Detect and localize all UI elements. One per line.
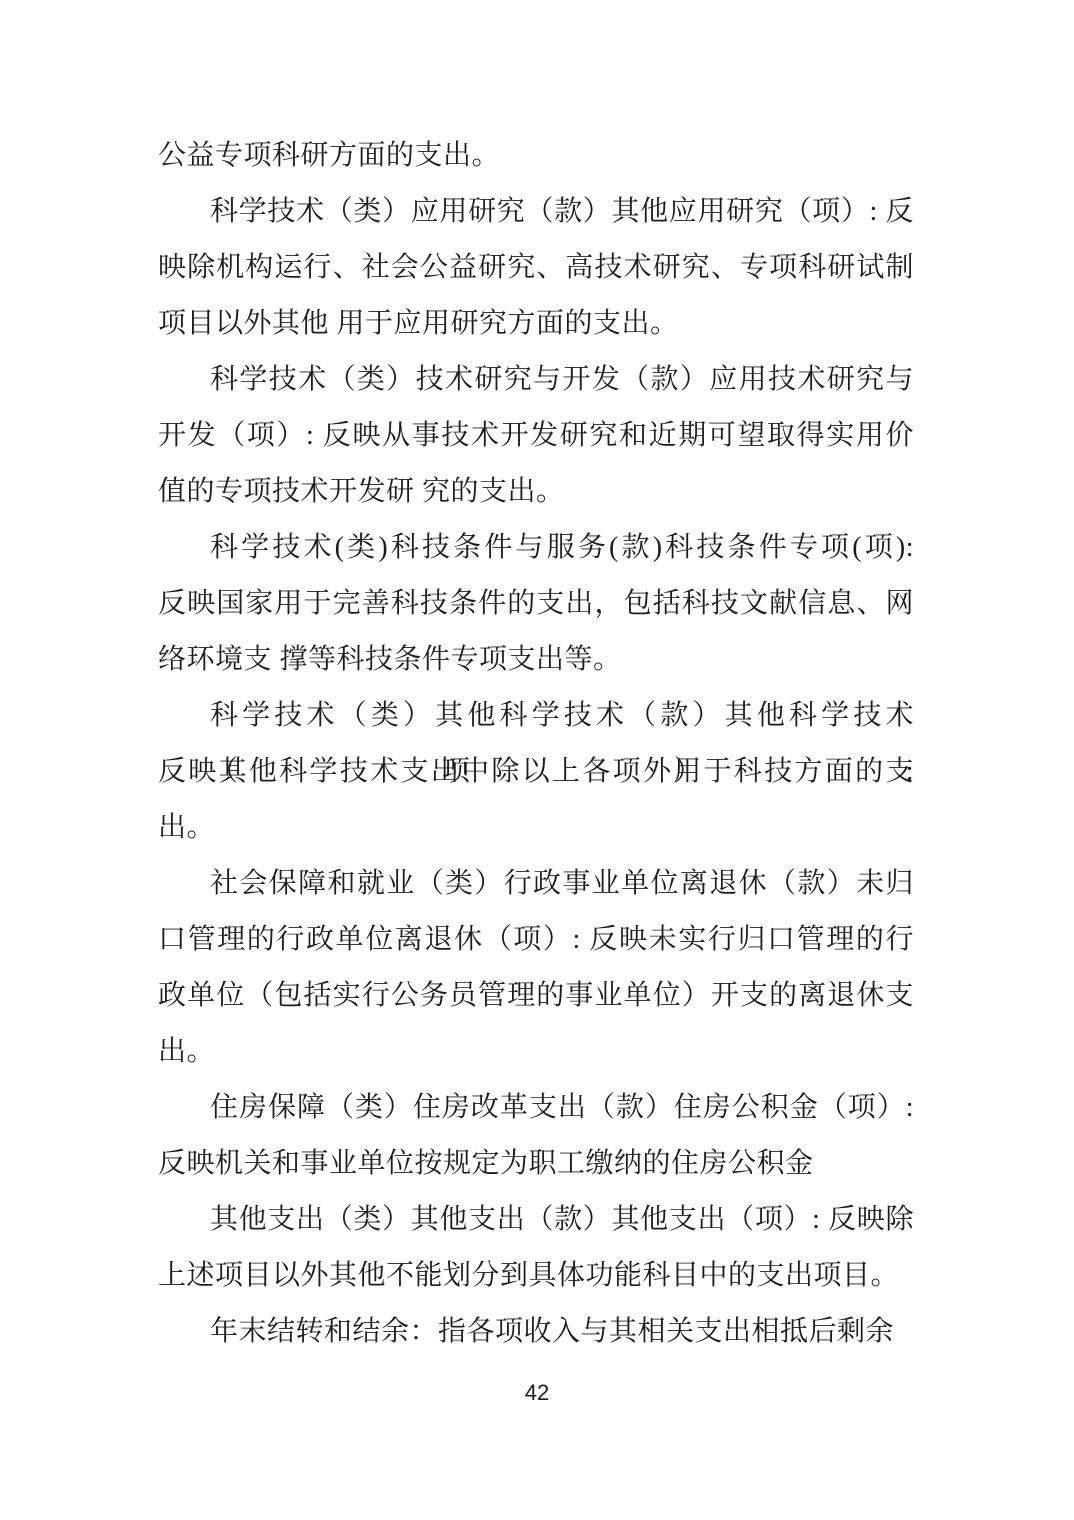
document-page: 公益专项科研方面的支出。科学技术（类）应用研究（款）其他应用研究（项）: 反映除… [0, 0, 1074, 1520]
page-body: 公益专项科研方面的支出。科学技术（类）应用研究（款）其他应用研究（项）: 反映除… [158, 128, 914, 1360]
text-line: 科学技术（类）应用研究（款）其他应用研究（项）: 反 [158, 184, 914, 240]
paragraph: 科学技术（类）技术研究与开发（款）应用技术研究与开发（项）: 反映从事技术开发研… [158, 352, 914, 520]
paragraph: 年末结转和结余：指各项收入与其相关支出相抵后剩余 [158, 1304, 914, 1360]
text-line: 其他支出（类）其他支出（款）其他支出（项）: 反映除 [158, 1192, 914, 1248]
text-line: 项目以外其他 用于应用研究方面的支出。 [158, 296, 914, 352]
text-line: 络环境支 撑等科技条件专项支出等。 [158, 632, 914, 688]
text-line: 反映其他科学技术支出中除以上各项外用于科技方面的支 [158, 744, 914, 800]
paragraph: 其他支出（类）其他支出（款）其他支出（项）: 反映除上述项目以外其他不能划分到具… [158, 1192, 914, 1304]
page-number: 42 [0, 1378, 1074, 1408]
text-line: 出。 [158, 1024, 914, 1080]
text-line: 口管理的行政单位离退休（项）: 反映未实行归口管理的行 [158, 912, 914, 968]
text-line: 反映机关和事业单位按规定为职工缴纳的住房公积金 [158, 1136, 914, 1192]
paragraph: 公益专项科研方面的支出。 [158, 128, 914, 184]
paragraph: 科学技术（类）其他科学技术（款）其他科学技术（项）:反映其他科学技术支出中除以上… [158, 688, 914, 856]
text-line: 年末结转和结余：指各项收入与其相关支出相抵后剩余 [158, 1304, 914, 1360]
text-line: 开发（项）: 反映从事技术开发研究和近期可望取得实用价 [158, 408, 914, 464]
text-line: 社会保障和就业（类）行政事业单位离退休（款）未归 [158, 856, 914, 912]
text-line: 映除机构运行、社会公益研究、高技术研究、专项科研试制 [158, 240, 914, 296]
text-line: 住房保障（类）住房改革支出（款）住房公积金（项）: [158, 1080, 914, 1136]
text-line: 上述项目以外其他不能划分到具体功能科目中的支出项目。 [158, 1248, 914, 1304]
text-line: 公益专项科研方面的支出。 [158, 128, 914, 184]
text-line: 科学技术（类）技术研究与开发（款）应用技术研究与 [158, 352, 914, 408]
text-line: 反映国家用于完善科技条件的支出，包括科技文献信息、网 [158, 576, 914, 632]
paragraph: 科学技术（类）应用研究（款）其他应用研究（项）: 反映除机构运行、社会公益研究、… [158, 184, 914, 352]
paragraph: 社会保障和就业（类）行政事业单位离退休（款）未归口管理的行政单位离退休（项）: … [158, 856, 914, 1080]
text-line: 科学技术（类）其他科学技术（款）其他科学技术（项）: [158, 688, 914, 744]
paragraph: 科学技术(类)科技条件与服务(款)科技条件专项(项):反映国家用于完善科技条件的… [158, 520, 914, 688]
text-line: 值的专项技术开发研 究的支出。 [158, 464, 914, 520]
paragraph: 住房保障（类）住房改革支出（款）住房公积金（项）:反映机关和事业单位按规定为职工… [158, 1080, 914, 1192]
text-line: 出。 [158, 800, 914, 856]
text-line: 政单位（包括实行公务员管理的事业单位）开支的离退休支 [158, 968, 914, 1024]
text-line: 科学技术(类)科技条件与服务(款)科技条件专项(项): [158, 520, 914, 576]
